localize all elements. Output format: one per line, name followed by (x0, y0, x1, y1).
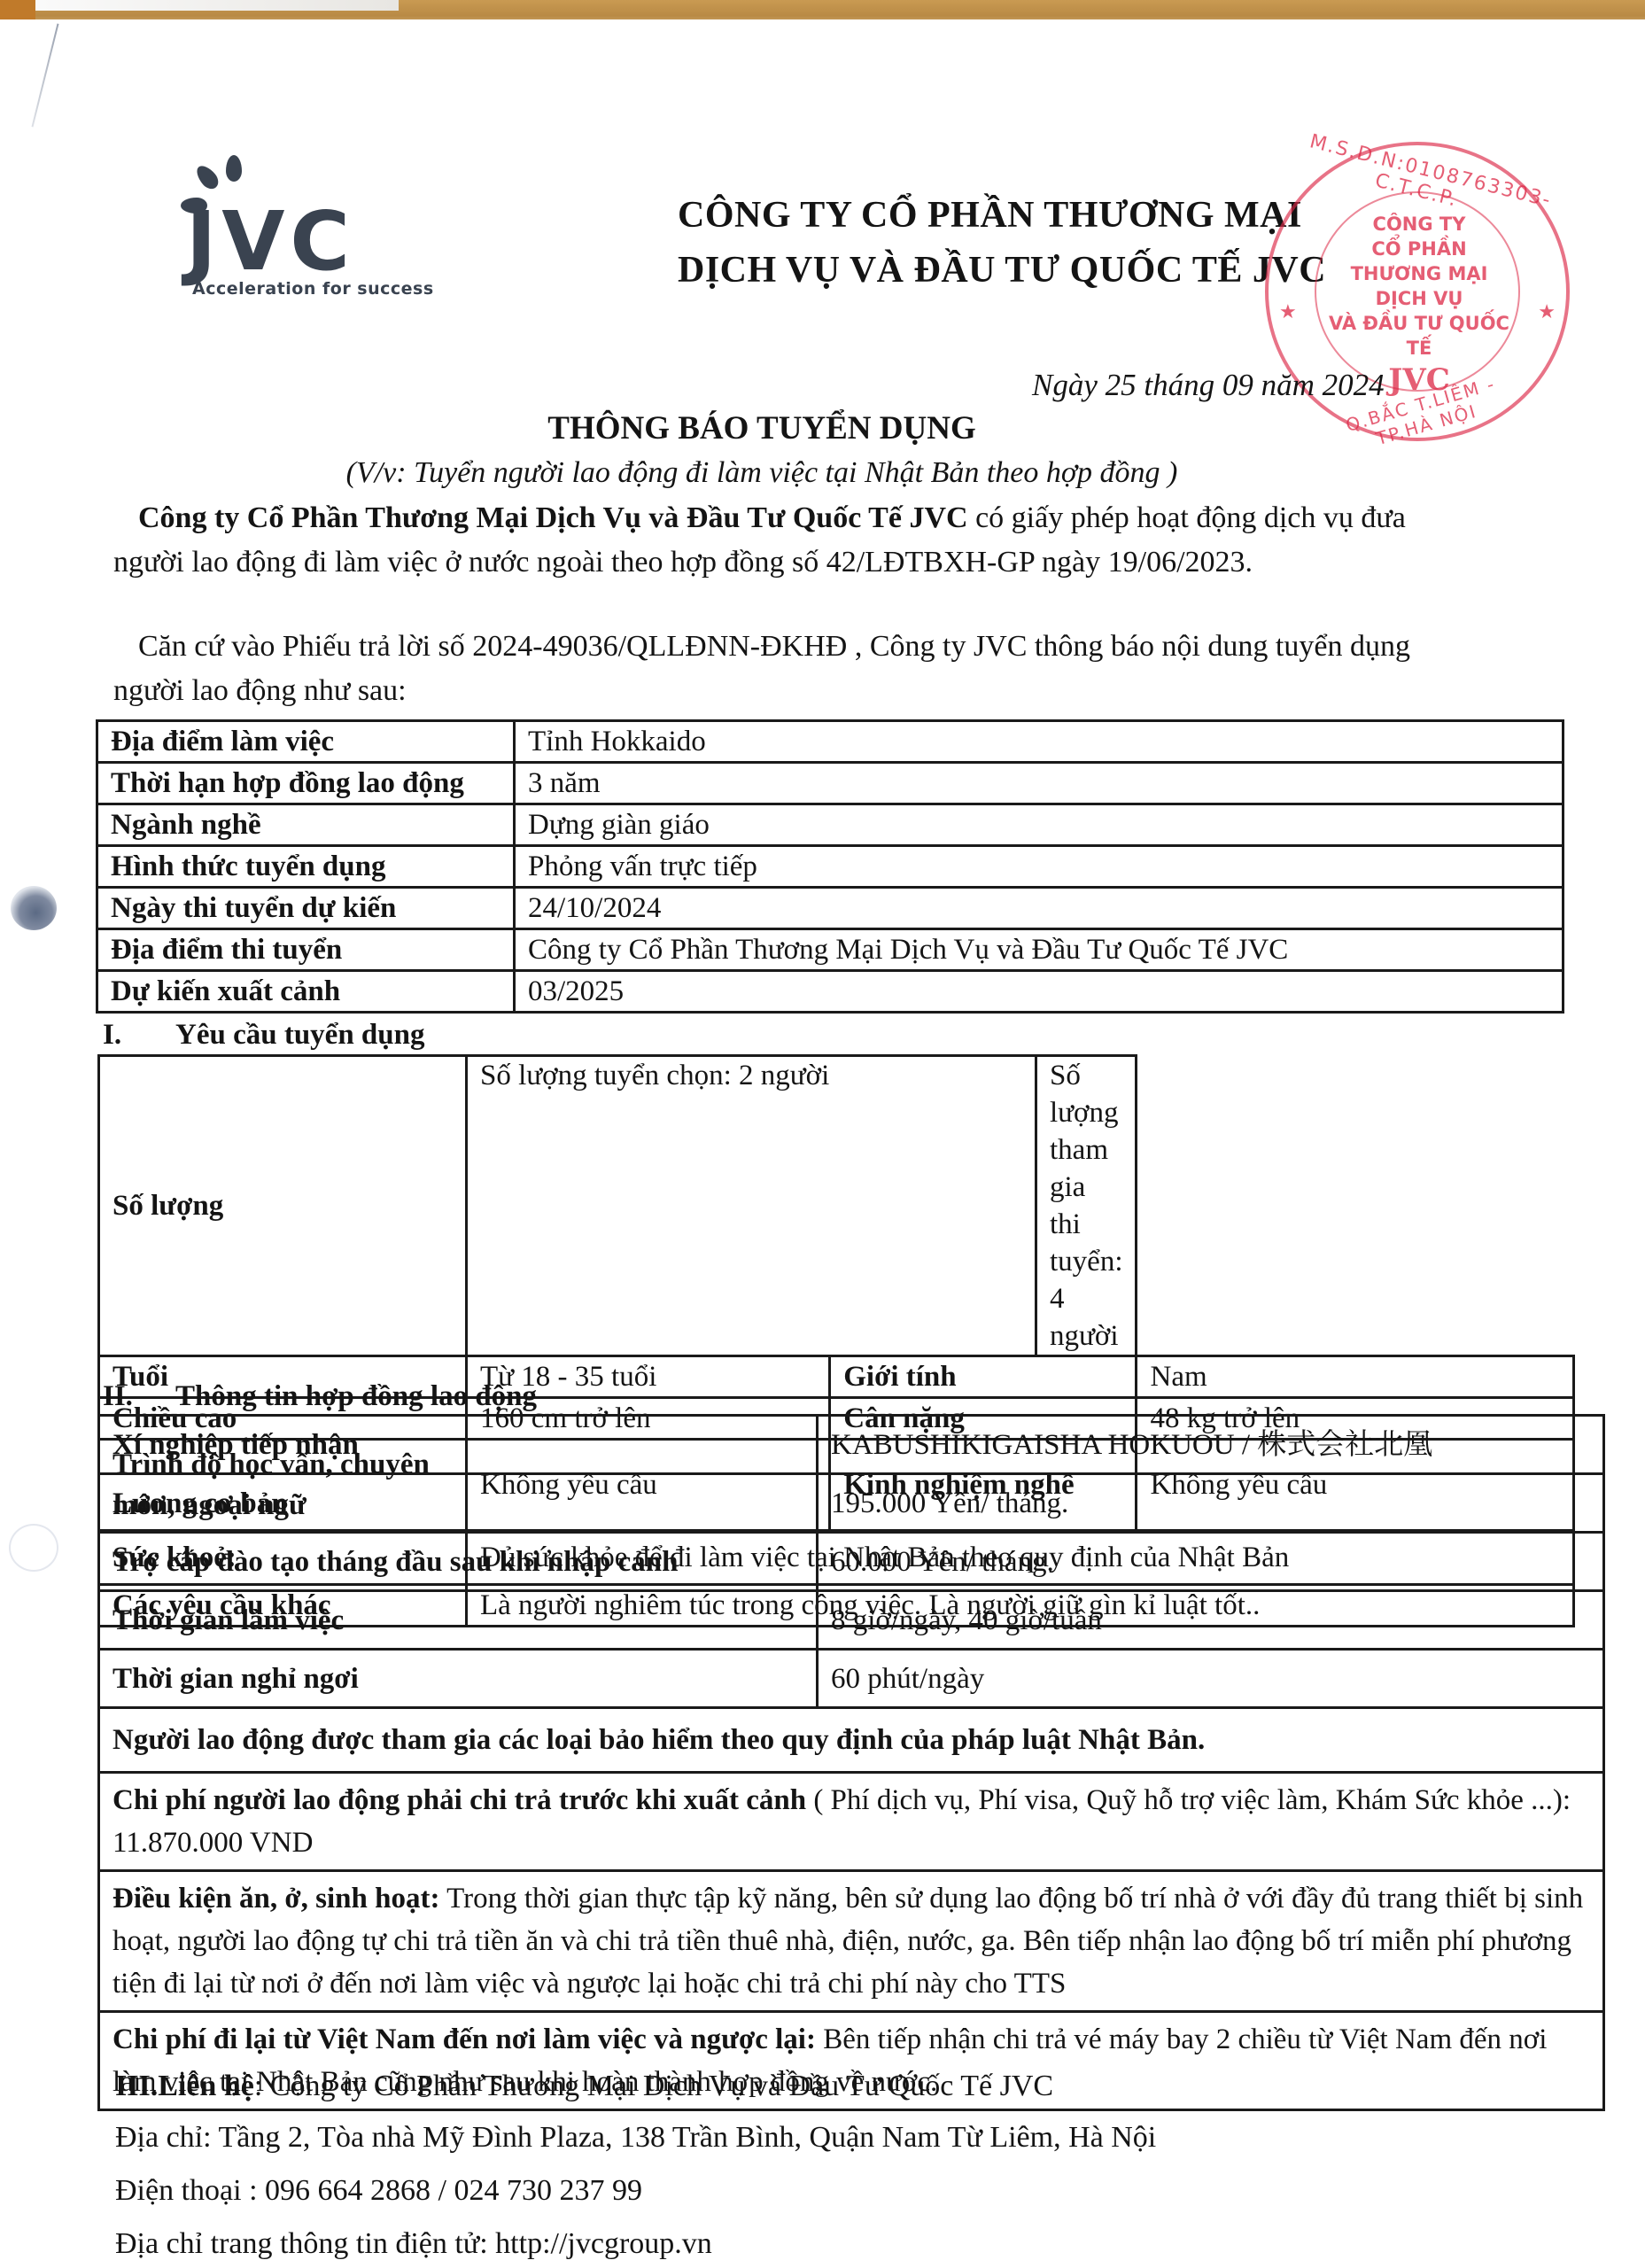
table-row: Điều kiện ăn, ở, sinh hoạt: Trong thời g… (99, 1871, 1604, 2012)
cell-value: 60.000 Yên/ tháng. (818, 1533, 1604, 1591)
cell-label: Ngày thi tuyển dự kiến (97, 888, 515, 929)
desk-edge (0, 0, 35, 19)
cell-value: Tỉnh Hokkaido (515, 721, 1564, 763)
cell-value: Dựng giàn giáo (515, 804, 1564, 846)
stamp-line: CỔ PHẦN (1322, 237, 1517, 261)
cell-value: 8 giờ/ngày, 40 giờ/tuần (818, 1591, 1604, 1650)
table-row: Chi phí người lao động phải chi trả trướ… (99, 1773, 1604, 1871)
section-title: Yêu cầu tuyển dụng (175, 1019, 424, 1051)
quantity-exam: Số lượng tham gia thi tuyển: 4 người (1037, 1057, 1135, 1355)
cell-value: 195.000 Yên/ tháng. (818, 1474, 1604, 1533)
section-heading-contract: II.Thông tin hợp đồng lao động (103, 1380, 537, 1413)
cell-label: Dự kiến xuất cảnh (97, 971, 515, 1013)
document-subtitle: (V/v: Tuyển người lao động đi làm việc t… (0, 456, 1524, 490)
cell-value: Số lượng tuyển chọn: 2 người Số lượng th… (467, 1056, 1137, 1356)
living-label: Điều kiện ăn, ở, sinh hoạt: (113, 1883, 439, 1915)
cell-value: Phỏng vấn trực tiếp (515, 846, 1564, 888)
intro-company-name: Công ty Cổ Phần Thương Mại Dịch Vụ và Đầ… (138, 501, 968, 534)
cell-label: Giới tính (830, 1356, 1137, 1398)
cell-value: Công ty Cổ Phần Thương Mại Dịch Vụ và Đầ… (515, 929, 1564, 971)
intro-paragraph-1: Công ty Cổ Phần Thương Mại Dịch Vụ và Đầ… (113, 496, 1416, 585)
contact-label: III.Liên hệ (115, 2070, 254, 2102)
table-row: Thời gian nghỉ ngơi60 phút/ngày (99, 1650, 1604, 1708)
stamp-line: VÀ ĐẦU TƯ QUỐC TẾ (1322, 311, 1517, 361)
cell-label: Địa điểm thi tuyển (97, 929, 515, 971)
section-number: I. (103, 1019, 175, 1052)
company-logo: JVC Acceleration for success (182, 155, 447, 306)
cell-value: KABUSHIKIGAISHA HOKUOU / 株式会社北凰 (818, 1416, 1604, 1474)
cell-label: Xí nghiệp tiếp nhận (99, 1416, 818, 1474)
cell-value: 24/10/2024 (515, 888, 1564, 929)
table-row: Hình thức tuyển dụngPhỏng vấn trực tiếp (97, 846, 1564, 888)
cell-label: Địa điểm làm việc (97, 721, 515, 763)
cell-value: 60 phút/ngày (818, 1650, 1604, 1708)
intro-reference-text: Căn cứ vào Phiếu trả lời số 2024-49036/Q… (113, 630, 1410, 707)
intro-paragraph-2: Căn cứ vào Phiếu trả lời số 2024-49036/Q… (113, 625, 1416, 713)
table-row: Ngày thi tuyển dự kiến24/10/2024 (97, 888, 1564, 929)
cost-label: Chi phí người lao động phải chi trả trướ… (113, 1784, 806, 1816)
star-icon: ★ (1538, 301, 1556, 323)
cell-label: Thời gian nghỉ ngơi (99, 1650, 818, 1708)
cell-value: Nam (1137, 1356, 1574, 1398)
contact-company: : Công ty Cổ Phần Thương Mại Dịch Vụ và … (254, 2070, 1053, 2102)
logo-tagline: Acceleration for success (192, 279, 434, 299)
contract-info-table: Xí nghiệp tiếp nhậnKABUSHIKIGAISHA HOKUO… (97, 1414, 1605, 2111)
cell-label: Hình thức tuyển dụng (97, 846, 515, 888)
general-info-table: Địa điểm làm việcTỉnh HokkaidoThời hạn h… (96, 719, 1564, 1014)
logo-wordmark: JVC (186, 201, 355, 283)
table-row: Địa điểm làm việcTỉnh Hokkaido (97, 721, 1564, 763)
cell-label: Ngành nghề (97, 804, 515, 846)
cell-value: 3 năm (515, 763, 1564, 804)
table-row: Lương cơ bản195.000 Yên/ tháng. (99, 1474, 1604, 1533)
section-title: Thông tin hợp đồng lao động (175, 1380, 537, 1412)
table-row: Thời gian làm việc8 giờ/ngày, 40 giờ/tuầ… (99, 1591, 1604, 1650)
quantity-selected: Số lượng tuyển chọn: 2 người (468, 1057, 1037, 1355)
pre-departure-cost: Chi phí người lao động phải chi trả trướ… (99, 1773, 1604, 1871)
contact-address: Địa chỉ: Tầng 2, Tòa nhà Mỹ Đình Plaza, … (115, 2121, 1156, 2155)
living-conditions: Điều kiện ăn, ở, sinh hoạt: Trong thời g… (99, 1871, 1604, 2012)
table-row: Dự kiến xuất cảnh03/2025 (97, 971, 1564, 1013)
table-row: Ngành nghềDựng giàn giáo (97, 804, 1564, 846)
star-icon: ★ (1279, 301, 1297, 323)
cell-label: Trợ cấp đào tạo tháng đầu sau khi nhập c… (99, 1533, 818, 1591)
document-date: Ngày 25 tháng 09 năm 2024 (1032, 368, 1385, 403)
cell-label: Thời gian làm việc (99, 1591, 818, 1650)
table-row: Thời hạn hợp đồng lao động3 năm (97, 763, 1564, 804)
document-title: THÔNG BÁO TUYỂN DỤNG (0, 409, 1524, 447)
paper-underneath (35, 0, 399, 11)
cell-label: Số lượng (99, 1056, 467, 1356)
table-row: Người lao động được tham gia các loại bả… (99, 1708, 1604, 1773)
section-number: II. (103, 1380, 175, 1413)
insurance-note: Người lao động được tham gia các loại bả… (99, 1708, 1604, 1773)
table-row: Số lượng Số lượng tuyển chọn: 2 người Số… (99, 1056, 1574, 1356)
table-row: Địa điểm thi tuyểnCông ty Cổ Phần Thương… (97, 929, 1564, 971)
magnet-pin-shadow (9, 1524, 58, 1572)
cell-label: Thời hạn hợp đồng lao động (97, 763, 515, 804)
section-heading-requirements: I.Yêu cầu tuyển dụng (103, 1019, 424, 1052)
contact-website[interactable]: Địa chỉ trang thông tin điện tử: http://… (115, 2227, 712, 2261)
cell-label: Lương cơ bản (99, 1474, 818, 1533)
magnet-pin (11, 886, 57, 930)
cell-value: 03/2025 (515, 971, 1564, 1013)
contact-heading: III.Liên hệ: Công ty Cổ Phần Thương Mại … (115, 2070, 1053, 2103)
travel-label: Chi phí đi lại từ Việt Nam đến nơi làm v… (113, 2023, 816, 2055)
table-row: Trợ cấp đào tạo tháng đầu sau khi nhập c… (99, 1533, 1604, 1591)
contact-phone: Điện thoại : 096 664 2868 / 024 730 237 … (115, 2174, 642, 2208)
stamp-line: CÔNG TY (1322, 212, 1517, 237)
table-row: Xí nghiệp tiếp nhậnKABUSHIKIGAISHA HOKUO… (99, 1416, 1604, 1474)
stamp-line: THƯƠNG MẠI DỊCH VỤ (1322, 261, 1517, 311)
